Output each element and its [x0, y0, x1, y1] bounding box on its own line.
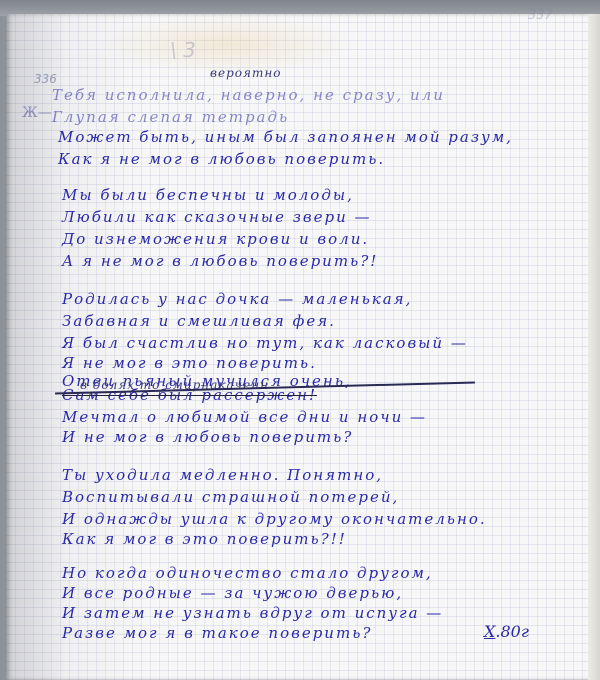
poem-line: Разве мог я в такое поверить? — [62, 624, 372, 642]
poem-line: Тебя исполнила, наверно, не сразу, или — [52, 86, 445, 104]
page-number-right-bleed: 337 — [528, 8, 553, 23]
poem-line: А я не мог в любовь поверить?! — [62, 252, 378, 270]
poem-line: Но когда одиночество стало другом, — [62, 564, 433, 582]
poem-line: Может быть, иным был запоянен мой разум, — [58, 128, 513, 146]
poem-line: Родилась у нас дочка — маленькая, — [62, 290, 412, 308]
poem-line: Воспитывали страшной потерей, — [62, 488, 399, 506]
faint-heading: \ 3 — [170, 38, 196, 62]
poem-line: Глупая слепая тетрадь — [52, 108, 289, 126]
poem-line: И однажды ушла к другому окончательно. — [62, 510, 487, 528]
poem-line: И затем не узнать вдруг от испуга — — [62, 604, 443, 622]
poem-line: Я не мог в это поверить. — [62, 354, 317, 372]
poem-line: Мечтал о любимой все дни и ночи — — [62, 408, 427, 426]
poem-line: До изнеможения крови и воли. — [62, 230, 369, 248]
poem-line: И все родные — за чужою дверью, — [62, 584, 403, 602]
date-signature: X.80г — [484, 622, 529, 641]
page-edge — [588, 14, 600, 680]
poem-line: Мы были беспечны и молоды, — [62, 186, 354, 204]
poem-line: И не мог в любовь поверить? — [62, 428, 353, 446]
poem-line: Как я не мог в любовь поверить. — [58, 150, 385, 168]
poem-line: Ты уходила медленно. Понятно, — [62, 466, 383, 484]
insertion-above-line1: вероятно — [210, 66, 281, 80]
page-number-left: 336 — [34, 72, 57, 86]
poem-line: Я был счастлив но тут, как ласковый — — [62, 334, 468, 352]
poem-line: Как я мог в это поверить?!! — [62, 530, 347, 548]
date-year: .80г — [495, 622, 529, 641]
poem-line: Забавная и смешливая фея. — [62, 312, 336, 330]
date-month: X — [484, 622, 495, 641]
poem-line: Любили как сказочные звери — — [62, 208, 372, 226]
margin-mark: Ж— — [22, 105, 52, 121]
